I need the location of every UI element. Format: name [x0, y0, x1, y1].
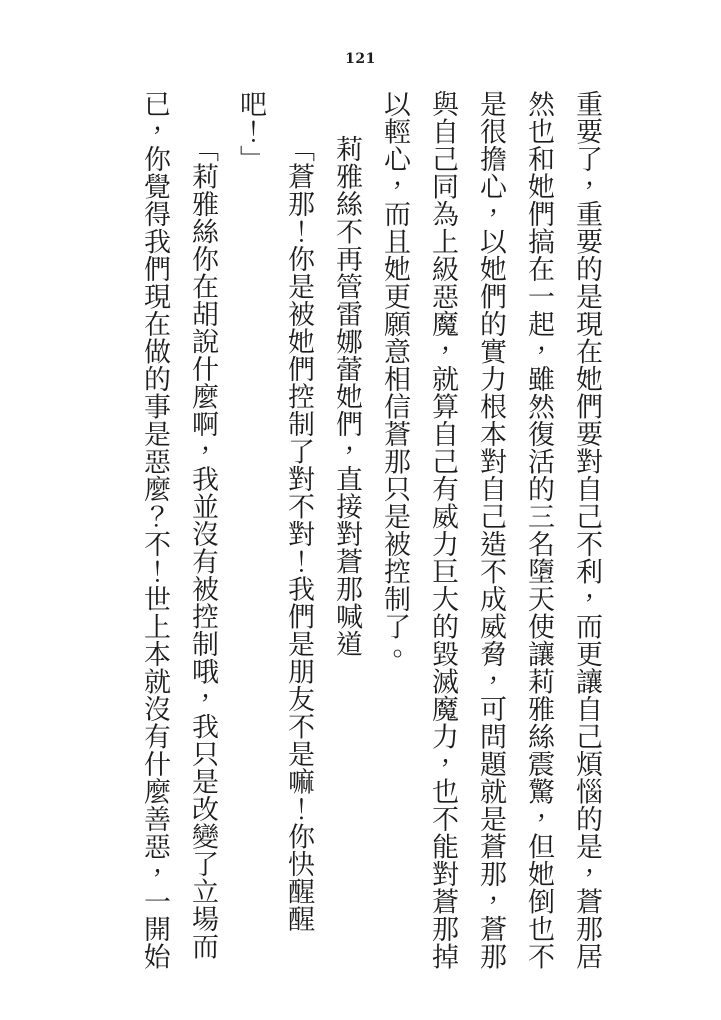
novel-page: 121 重要了，重要的是現在她們要對自己不利，而更讓自己煩惱的是，蒼那居然也和她… [0, 0, 721, 1020]
paragraph-narration-2: 莉雅絲不再管雷娜蕾她們，直接對蒼那喊道 [323, 90, 371, 974]
paragraph-dialogue-sona: 「莉雅絲你在胡說什麼啊，我並沒有被控制哦，我只是改變了立場而已，你覺得我們現在做… [131, 90, 227, 974]
paragraph-dialogue-rias: 「蒼那！你是被她們控制了對不對！我們是朋友不是嘛！你快醒醒吧！」 [227, 90, 323, 974]
vertical-text-block: 重要了，重要的是現在她們要對自己不利，而更讓自己煩惱的是，蒼那居然也和她們搞在一… [127, 90, 611, 974]
paragraph-narration-1: 重要了，重要的是現在她們要對自己不利，而更讓自己煩惱的是，蒼那居然也和她們搞在一… [371, 90, 611, 974]
page-number: 121 [0, 51, 721, 67]
